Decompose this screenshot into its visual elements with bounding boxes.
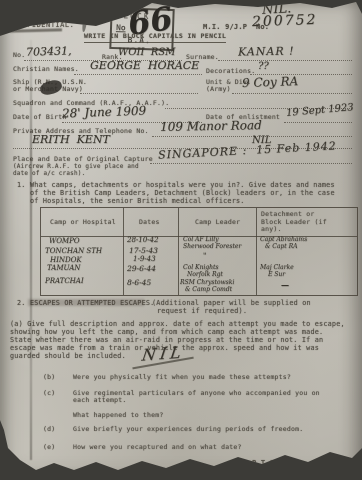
camp-cell: PRATCHAI (45, 277, 84, 285)
date-cell: 1-9-43 (133, 255, 156, 263)
camp-table-header-leader: Camp Leader (195, 219, 240, 227)
decorations-label: Decorations. (206, 68, 255, 76)
camp-table-header-camp: Camp or Hospital (50, 219, 116, 227)
question1-text: What camps, detachments or hospitals wer… (30, 182, 342, 206)
decorations-value: ?? (258, 61, 269, 72)
question2a-label: (a) (10, 320, 23, 328)
question2e-label: (e) (43, 444, 55, 452)
camp-cell: TAMUAN (47, 264, 80, 272)
block-leader-cell: Capt Abrahams (260, 236, 307, 243)
block-leader-cell: Maj Clarke (260, 264, 294, 271)
pto-label: P.T.O. (252, 459, 279, 467)
camp-table-header-dates: Dates (139, 219, 160, 227)
leader-cell: Norfolk Rgt (187, 271, 223, 278)
date-of-birth-value: 28' June 1909 (62, 104, 147, 121)
question2e-text: How were you recaptured and on what date… (73, 444, 242, 452)
question2c-label: (c) (43, 390, 55, 398)
leader-cell: Sherwood Forester (183, 243, 241, 250)
leader-cell: RSM Chrystowski (180, 279, 234, 286)
block-leader-cell: E Sur (268, 271, 285, 278)
date-of-birth-label: Date of Birth (13, 114, 66, 122)
scanned-form-page: NIL. BLOCK No B.A. 66 CONFIDENTIAL. M.I.… (0, 0, 362, 480)
heading-smudge (28, 299, 144, 306)
question2b-text: Were you physically fit when you made th… (73, 374, 291, 382)
address-value-line2: ERITH KENT (32, 133, 110, 146)
question2d-label: (d) (43, 426, 55, 434)
question2-number: 2. (17, 300, 26, 308)
capture-note-line2: date of a/c crash). (13, 171, 85, 178)
date-cell: 29-6-44 (127, 264, 156, 273)
surname-value: KANAR ! (238, 45, 295, 59)
address-value: 109 Manor Road (160, 118, 262, 134)
question2-heading-line2: request if required). (157, 308, 247, 316)
block-leader-cell: & Capt RA (265, 243, 297, 250)
block-leader-dash: — (281, 280, 289, 290)
unit-div-label-line2: (Army) (206, 86, 231, 94)
enlistment-value: 19 Sept 1923 (286, 102, 354, 119)
date-cell: 17-5-43 (129, 246, 158, 255)
question2d-text: Give briefly your experiences during per… (73, 426, 303, 434)
camp-table: Camp or Hospital Dates Camp Leader Detac… (40, 207, 358, 296)
question2c-text-line3: What happened to them? (73, 412, 164, 420)
scan-speck (81, 10, 88, 32)
question2c-text-line2: each attempt. (73, 397, 126, 405)
unit-div-value: 9 Coy RA (242, 74, 299, 90)
leader-cell: & Camp Comdt (185, 286, 232, 293)
rank-value: WOII RSM (118, 47, 175, 58)
page-edge-crease (30, 40, 32, 460)
confidential-underline (10, 28, 62, 32)
camp-table-header-block-leader: Detachment or Block Leader (if any). (261, 211, 333, 234)
mi9-ref-number: 200752 (252, 12, 318, 30)
date-cell: 28-10-42 (127, 236, 158, 244)
capture-value: SINGAPORE : 15 Feb 1942 (158, 139, 337, 161)
christian-names-value: GEORGE HORACE (90, 59, 199, 72)
leader-ditto-mark: " (203, 252, 206, 260)
leader-cell: Col Knights (183, 264, 219, 271)
question1-number: 1. (17, 182, 26, 190)
block-capitals-instruction: WRITE IN BLOCK CAPITALS IN PENCIL (84, 33, 226, 43)
no-value: 703431, (26, 44, 72, 59)
leader-cell: Col AF Lilly (183, 236, 219, 243)
camp-cell: HINDOK (50, 256, 82, 264)
camp-cell: WOMPO (49, 237, 80, 245)
date-cell: 8-6-45 (127, 278, 151, 287)
question2b-label: (b) (43, 374, 55, 382)
camp-cell: TONCHAN STH (45, 247, 102, 255)
christian-names-label: Christian Names. (13, 66, 79, 74)
